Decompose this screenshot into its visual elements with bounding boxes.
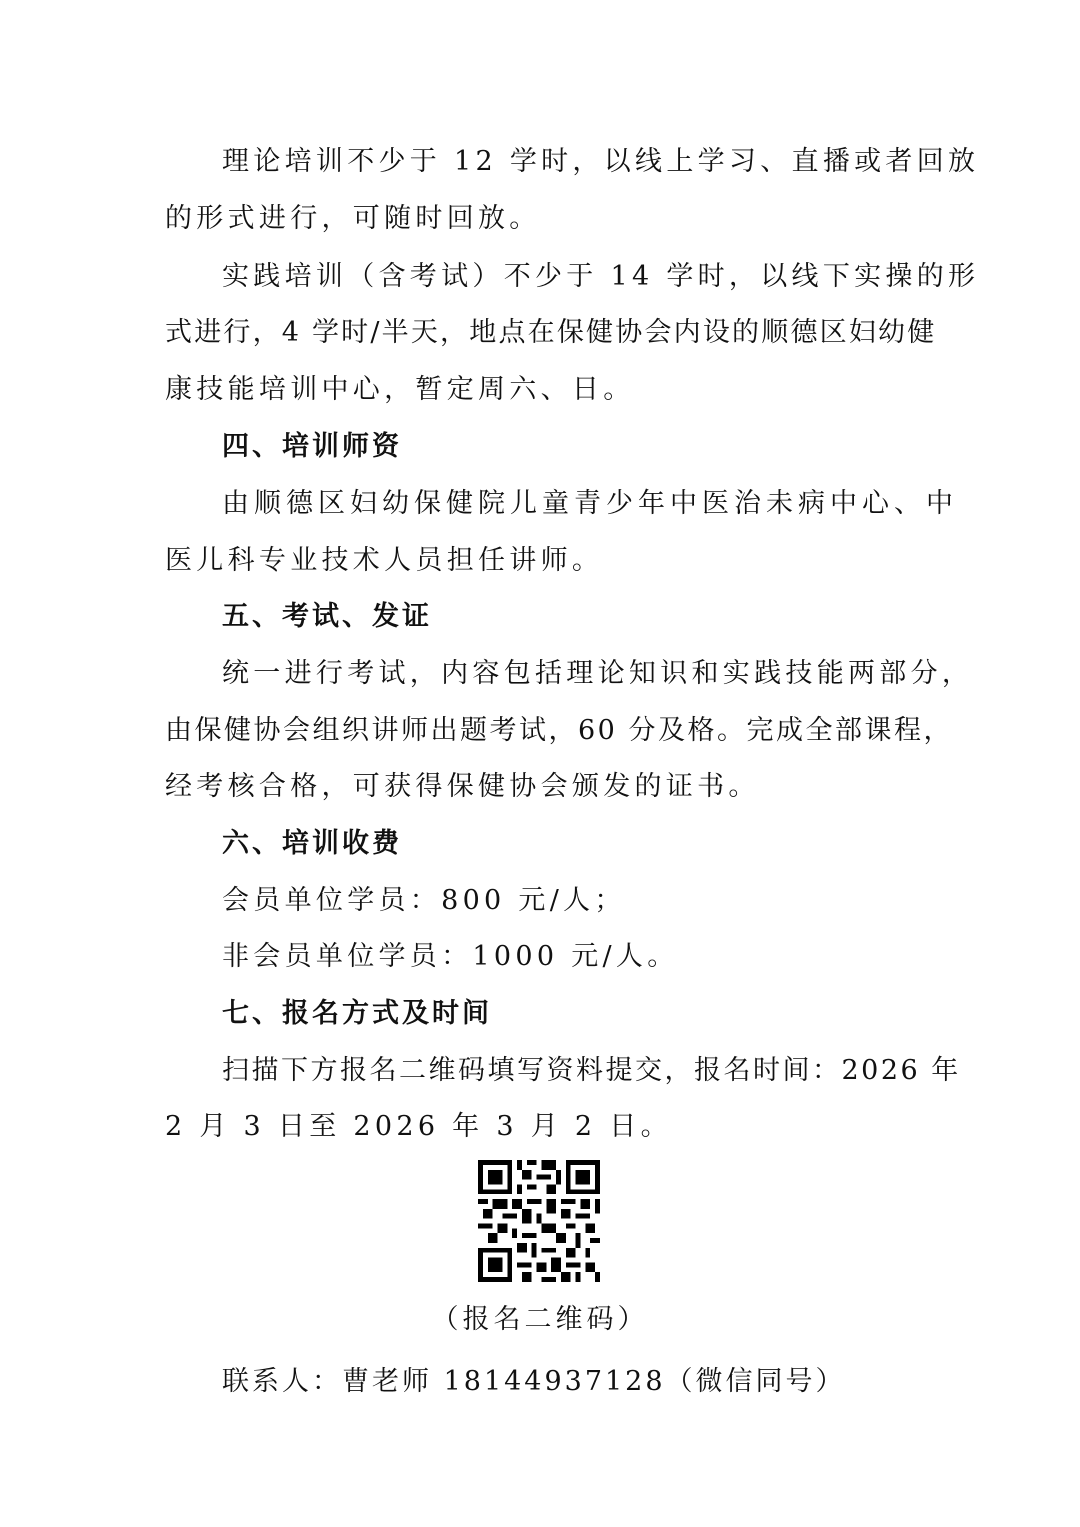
exam-paragraph: 统一进行考试，内容包括理论知识和实践技能两部分，	[222, 654, 917, 694]
registration-paragraph-cont: 2 月 3 日至 2026 年 3 月 2 日。	[165, 1107, 917, 1147]
section-heading-fees: 六、培训收费	[222, 824, 917, 864]
section-heading-exam: 五、考试、发证	[222, 597, 917, 637]
exam-paragraph-cont2: 经考核合格，可获得保健协会颁发的证书。	[165, 767, 917, 807]
practice-paragraph-cont2: 康技能培训中心，暂定周六、日。	[165, 370, 917, 410]
registration-qr-code[interactable]	[477, 1160, 601, 1282]
fee-nonmember: 非会员单位学员：1000 元/人。	[222, 937, 917, 977]
theory-paragraph-cont: 的形式进行，可随时回放。	[165, 199, 917, 239]
practice-paragraph: 实践培训（含考试）不少于 14 学时，以线下实操的形	[222, 257, 917, 297]
exam-paragraph-cont: 由保健协会组织讲师出题考试，60 分及格。完成全部课程，	[165, 711, 917, 751]
practice-paragraph-cont: 式进行，4 学时/半天，地点在保健协会内设的顺德区妇幼健	[165, 313, 917, 353]
fee-member: 会员单位学员：800 元/人；	[222, 881, 917, 921]
teachers-paragraph-cont: 医儿科专业技术人员担任讲师。	[165, 541, 917, 581]
section-heading-registration: 七、报名方式及时间	[222, 994, 917, 1034]
contact-info: 联系人：曹老师 18144937128（微信同号）	[222, 1362, 917, 1402]
qr-caption: （报名二维码）	[0, 1300, 1080, 1340]
theory-paragraph: 理论培训不少于 12 学时，以线上学习、直播或者回放	[222, 142, 917, 182]
section-heading-teachers: 四、培训师资	[222, 427, 917, 467]
registration-paragraph: 扫描下方报名二维码填写资料提交，报名时间：2026 年	[222, 1051, 917, 1091]
teachers-paragraph: 由顺德区妇幼保健院儿童青少年中医治未病中心、中	[222, 484, 917, 524]
